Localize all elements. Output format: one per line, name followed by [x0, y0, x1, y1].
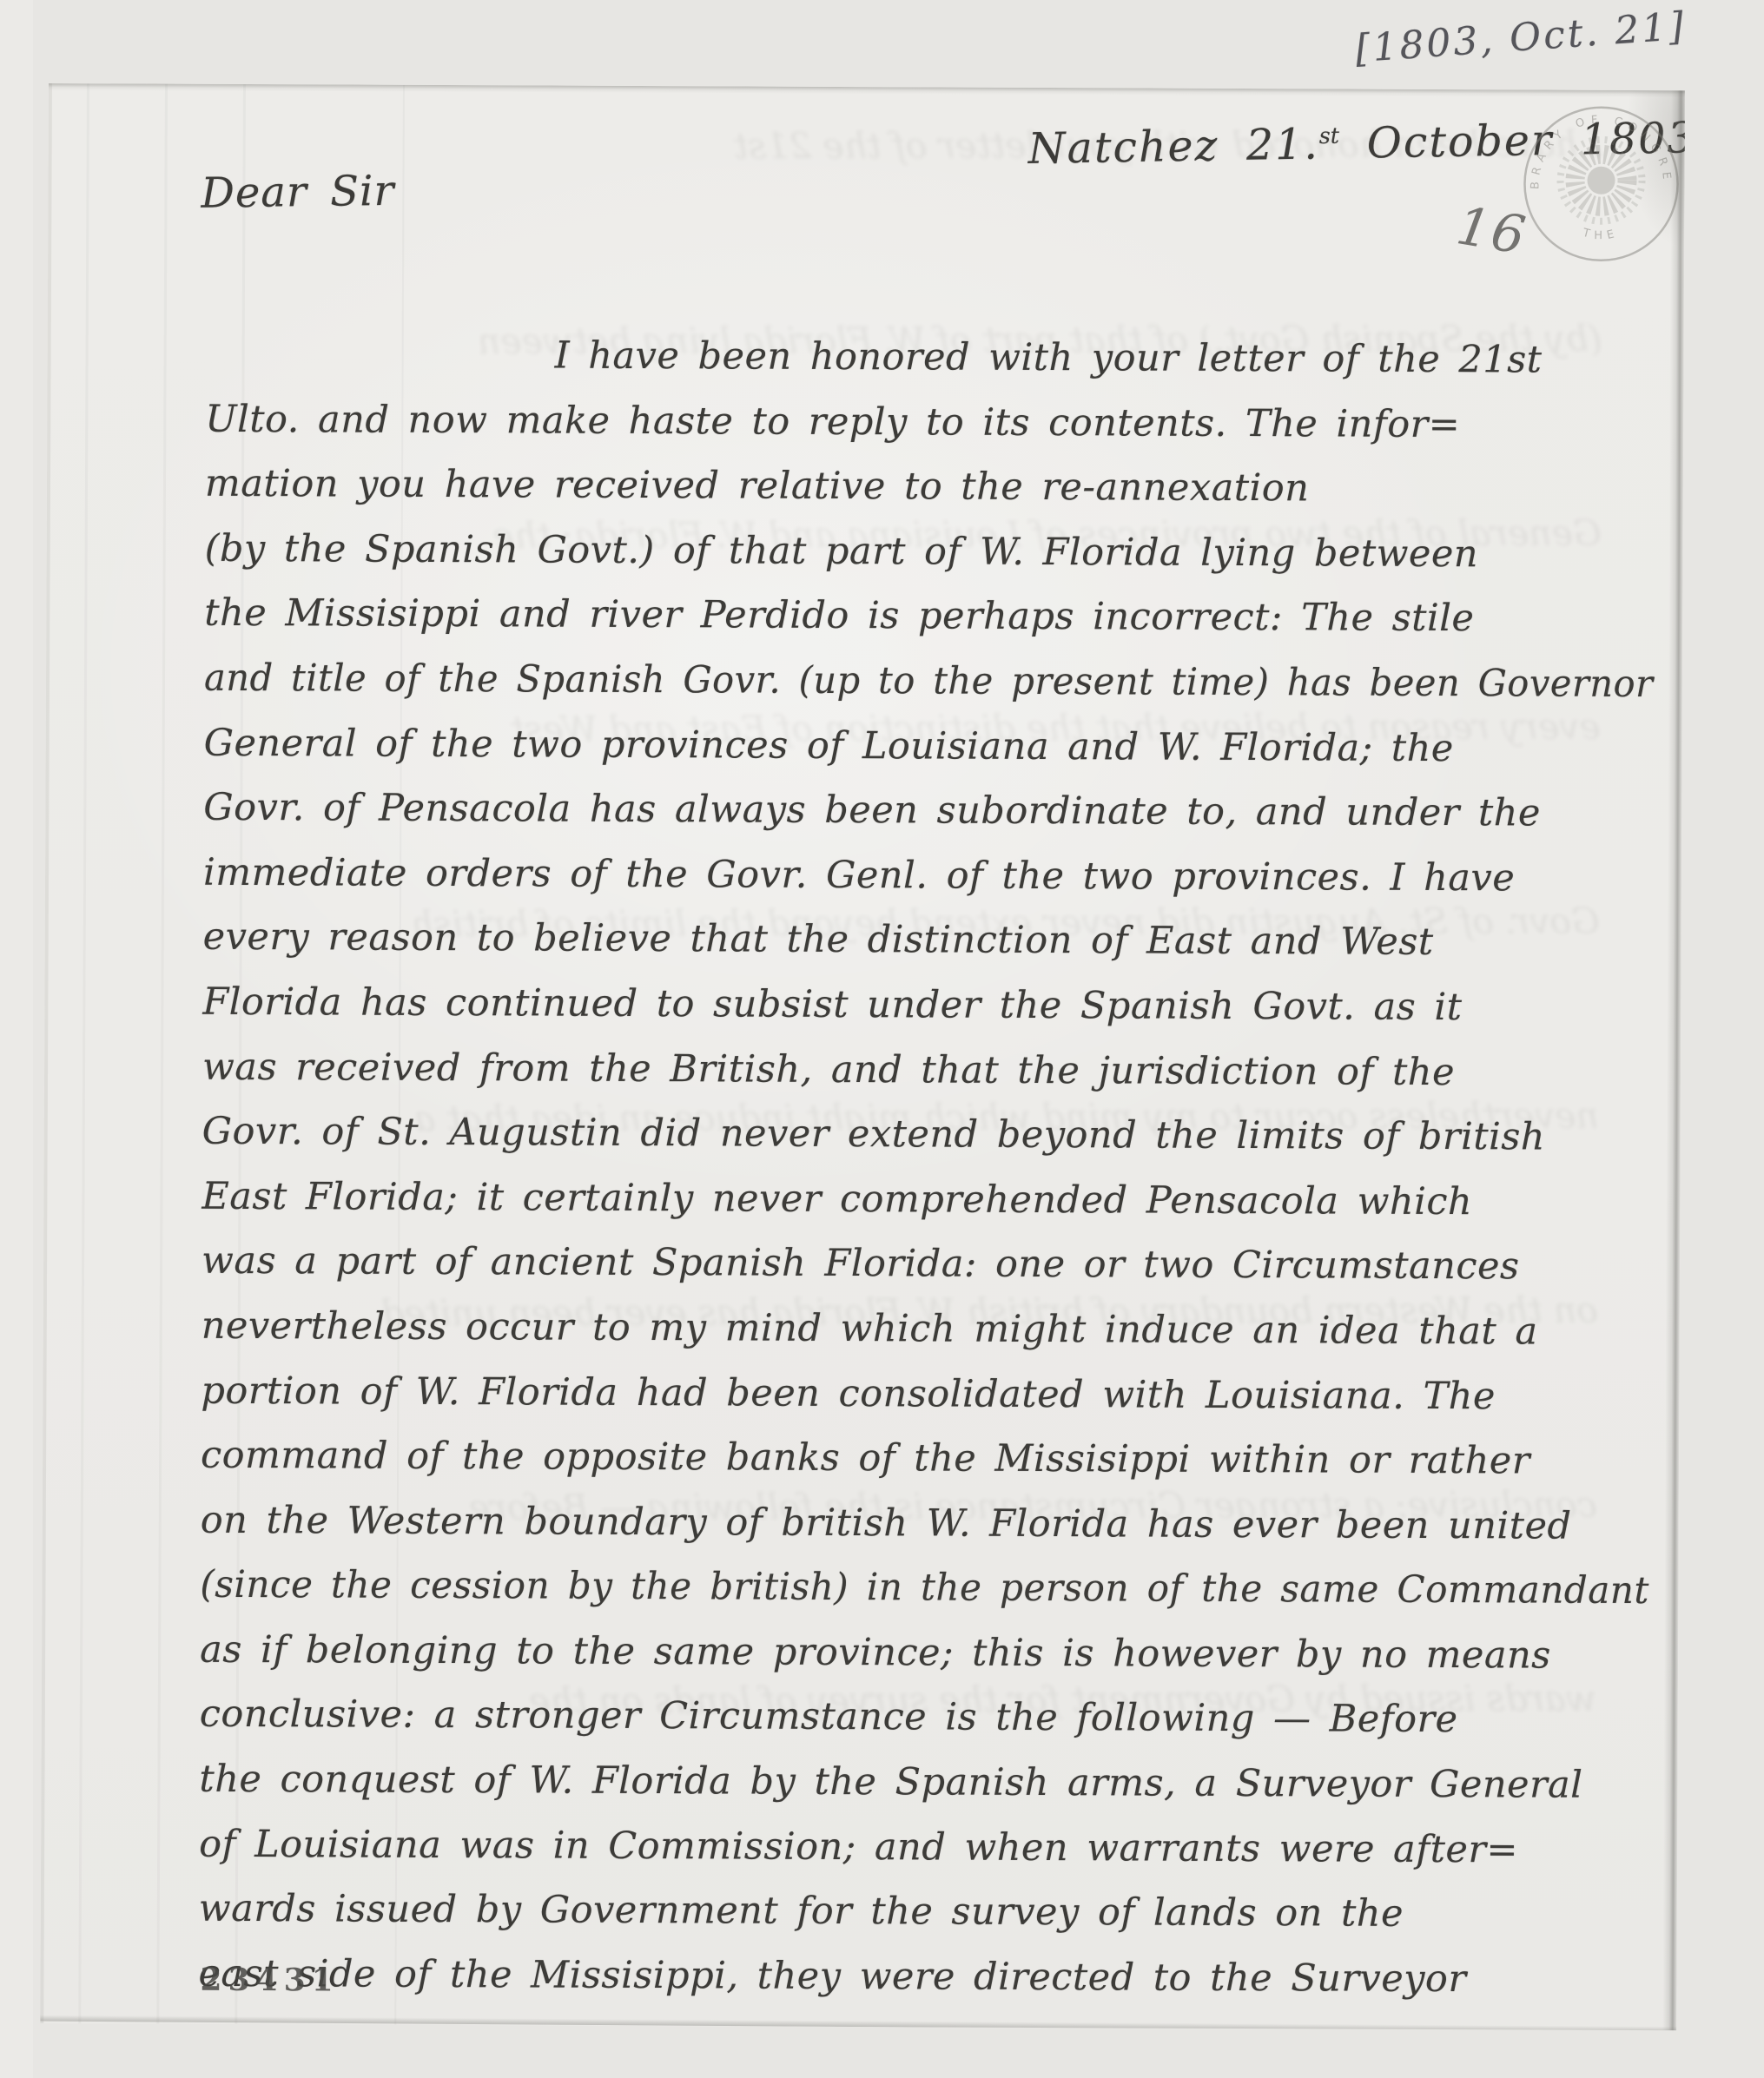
- page-left-edge: [40, 83, 52, 2023]
- manuscript-line: conclusive: a stronger Circumstance is t…: [200, 1692, 1648, 1764]
- archival-date-note: [1803, Oct. 21]: [1354, 4, 1688, 71]
- manuscript-line: General of the two provinces of Louisian…: [203, 721, 1652, 792]
- paper-crease: [78, 83, 89, 2023]
- page-corner-shadow: [1580, 90, 1685, 291]
- manuscript-line: East Florida; it certainly never compreh…: [202, 1175, 1650, 1246]
- manuscript-line: wards issued by Government for the surve…: [199, 1887, 1648, 1958]
- catalog-number-stamp: 23431: [200, 1962, 339, 1999]
- manuscript-line: was received from the British, and that …: [202, 1045, 1651, 1116]
- manuscript-line: mation you have received relative to the…: [205, 462, 1654, 533]
- manuscript-line: on the Western boundary of british W. Fl…: [201, 1498, 1649, 1569]
- scanned-letter: [1803, Oct. 21] I have been honored with…: [0, 0, 1764, 2078]
- folio-number: 16: [1452, 195, 1531, 267]
- manuscript-line: every reason to believe that the distinc…: [202, 915, 1651, 986]
- dateline-day: 21.: [1245, 119, 1319, 169]
- dateline-place: Natchez: [1027, 121, 1219, 174]
- manuscript-line: Govr. of St. Augustin did never extend b…: [202, 1110, 1651, 1181]
- manuscript-line: command of the opposite banks of the Mis…: [201, 1434, 1649, 1505]
- manuscript-line: as if belonging to the same province; th…: [200, 1628, 1648, 1699]
- manuscript-line: was a part of ancient Spanish Florida: o…: [202, 1239, 1650, 1310]
- salutation: Dear Sir: [201, 167, 395, 218]
- manuscript-line: Govr. of Pensacola has always been subor…: [203, 786, 1652, 857]
- manuscript-line: I have been honored with your letter of …: [205, 333, 1654, 404]
- paper-crease: [156, 84, 168, 2024]
- manuscript-line: the conquest of W. Florida by the Spanis…: [199, 1758, 1648, 1829]
- manuscript-line: (since the cession by the british) in th…: [200, 1563, 1617, 1634]
- page-top-edge: [49, 83, 1685, 97]
- manuscript-line: Florida has continued to subsist under t…: [202, 980, 1651, 1052]
- manuscript-line: of Louisiana was in Commission; and when…: [199, 1822, 1648, 1893]
- manuscript-line: the Missisippi and river Perdido is perh…: [204, 591, 1653, 663]
- manuscript-line: and title of the Spanish Govr. (up to th…: [204, 656, 1605, 728]
- page-right-edge: [1662, 90, 1685, 2030]
- manuscript-line: immediate orders of the Govr. Genl. of t…: [203, 851, 1652, 922]
- letter-page: I have been honored with your letter of …: [40, 83, 1685, 2030]
- manuscript-line: Ulto. and now make haste to reply to its…: [205, 397, 1654, 468]
- manuscript-line: portion of W. Florida had been consolida…: [201, 1369, 1649, 1440]
- manuscript-line: (by the Spanish Govt.) of that part of W…: [204, 527, 1653, 598]
- letter-body: I have been honored with your letter of …: [198, 333, 1654, 2023]
- manuscript-line: east side of the Missisippi, they were d…: [198, 1952, 1647, 2023]
- dateline-ordinal: st: [1318, 123, 1339, 149]
- manuscript-line: nevertheless occur to my mind which migh…: [202, 1304, 1650, 1375]
